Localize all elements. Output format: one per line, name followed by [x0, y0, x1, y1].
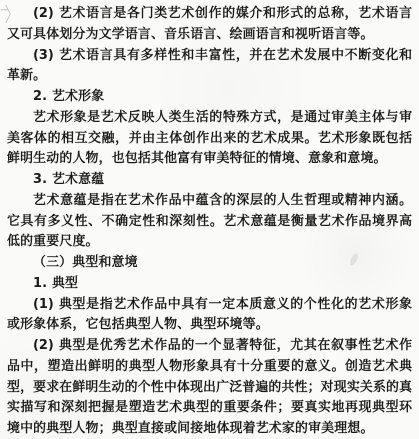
scanned-document-page: (2) 艺术语言是各门类艺术创作的媒介和形式的总称，艺术语言 又可具体划分为文学… — [0, 0, 419, 439]
text-line: (3) 艺术语言具有多样性和丰富性，并在艺术发展中不断变化和 — [7, 46, 412, 67]
text-line: 品中，塑造出鲜明的典型人物形象具有十分重要的意义。创造艺术典 — [7, 357, 412, 378]
text-line: 艺术形象是艺术反映人类生活的特殊方式，是通过审美主体与审 — [7, 108, 412, 129]
text-line: (2) 典型是优秀艺术作品的一个显著特征，尤其在叙事性艺术作 — [7, 336, 412, 357]
text-line: 它具有多义性、不确定性和深刻性。艺术意蕴是衡量艺术作品境界高 — [7, 212, 412, 233]
text-line: 鲜明生动的人物，也包括其他富有审美特征的情境、意象和意境。 — [7, 149, 412, 170]
text-line: 低的重要尺度。 — [7, 232, 412, 253]
text-line: 实描写和深刻把握是塑造艺术典型的重要条件；要真实地再现典型环 — [7, 398, 412, 419]
text-line: 美客体的相互交融，并由主体创作出来的艺术成果。艺术形象既包括 — [7, 129, 412, 150]
text-line: (1) 典型是指艺术作品中具有一定本质意义的个性化的艺术形象 — [7, 295, 412, 316]
text-line: 革新。 — [7, 66, 412, 87]
section-heading: 3. 艺术意蕴 — [7, 170, 412, 191]
text-line: 型，要求在鲜明生动的个性中体现出广泛普遍的共性；对现实关系的真 — [7, 378, 412, 399]
section-heading: 2. 艺术形象 — [7, 87, 412, 108]
text-line: 艺术意蕴是指在艺术作品中蕴含的深层的人生哲理或精神内涵。 — [7, 191, 412, 212]
section-heading: 1. 典型 — [7, 274, 412, 295]
text-line: 境中的典型人物；典型直接或间接地体现着艺术家的审美理想。 — [7, 419, 412, 439]
text-line: (2) 艺术语言是各门类艺术创作的媒介和形式的总称，艺术语言 — [7, 4, 412, 25]
text-line: 或形象体系，它包括典型人物、典型环境等。 — [7, 315, 412, 336]
text-line: 又可具体划分为文学语言、音乐语言、绘画语言和视听语言等。 — [7, 25, 412, 46]
